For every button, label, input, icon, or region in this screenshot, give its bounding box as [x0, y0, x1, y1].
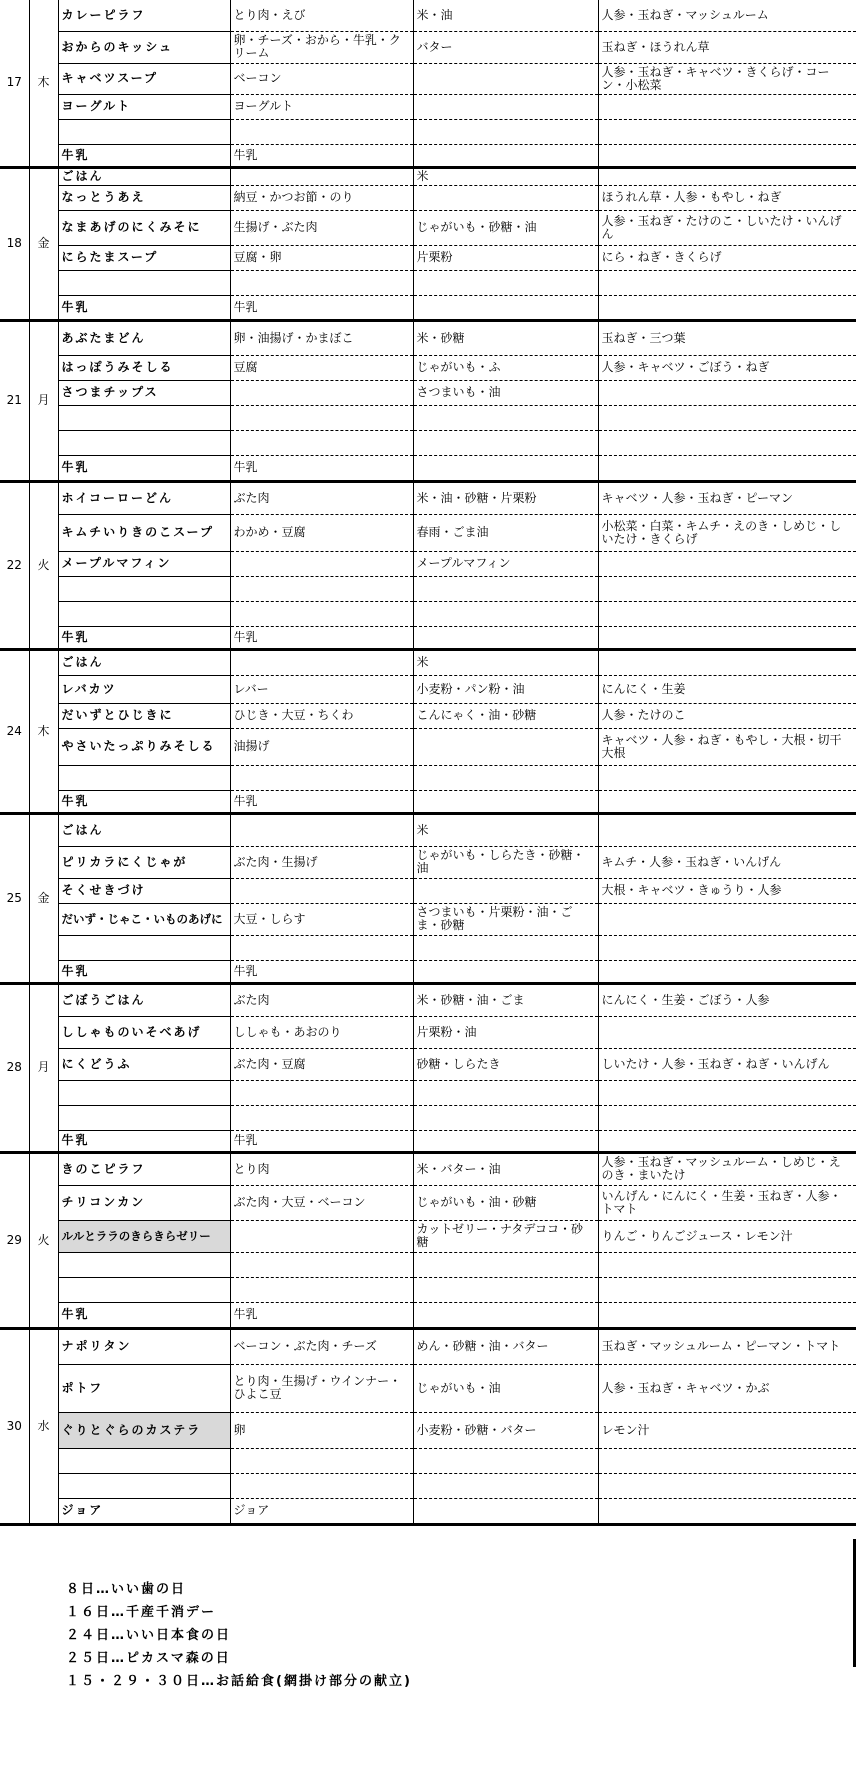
green-group-ingredients-cell: 玉ねぎ・マッシュルーム・ピーマン・トマト	[598, 1328, 856, 1364]
yellow-group-ingredients-cell	[413, 1448, 598, 1473]
green-group-ingredients-cell	[598, 455, 856, 481]
table-row: なまあげのにくみそに生揚げ・ぶた肉じゃがいも・砂糖・油人参・玉ねぎ・たけのこ・し…	[0, 210, 856, 245]
dish-name-cell: チリコンカン	[58, 1185, 230, 1220]
notes-section: ８日…いい歯の日 １６日…千産千消デー ２４日…いい日本食の日 ２５日…ピカスマ…	[66, 1578, 412, 1693]
yellow-group-ingredients-cell: じゃがいも・砂糖・油	[413, 210, 598, 245]
green-group-ingredients-cell	[598, 270, 856, 295]
table-row	[0, 601, 856, 626]
green-group-ingredients-cell	[598, 1473, 856, 1498]
red-group-ingredients-cell: 牛乳	[230, 626, 413, 649]
table-row	[0, 1080, 856, 1105]
dish-name-cell: 牛乳	[58, 295, 230, 320]
green-group-ingredients-cell	[598, 1448, 856, 1473]
green-group-ingredients-cell: 小松菜・白菜・キムチ・えのき・しめじ・しいたけ・きくらげ	[598, 514, 856, 551]
red-group-ingredients-cell	[230, 1252, 413, 1277]
table-row: ししゃものいそべあげししゃも・あおのり片栗粉・油	[0, 1016, 856, 1048]
green-group-ingredients-cell	[598, 601, 856, 626]
red-group-ingredients-cell	[230, 878, 413, 903]
dish-name-cell	[58, 1105, 230, 1130]
day-block-18: 18金ごはん米なっとうあえ納豆・かつお節・のりほうれん草・人参・もやし・ねぎなま…	[0, 167, 856, 320]
red-group-ingredients-cell: ぶた肉・大豆・ベーコン	[230, 1185, 413, 1220]
weekday-cell: 金	[29, 813, 58, 983]
table-row	[0, 1473, 856, 1498]
dish-name-cell: きのこピラフ	[58, 1152, 230, 1185]
dish-name-cell: にくどうふ	[58, 1048, 230, 1080]
green-group-ingredients-cell: キムチ・人参・玉ねぎ・いんげん	[598, 846, 856, 878]
yellow-group-ingredients-cell: 片栗粉	[413, 245, 598, 270]
dish-name-cell	[58, 601, 230, 626]
green-group-ingredients-cell	[598, 167, 856, 185]
table-row: おからのキッシュ卵・チーズ・おから・牛乳・クリームバター玉ねぎ・ほうれん草	[0, 31, 856, 63]
day-block-17: 17木カレーピラフとり肉・えび米・油人参・玉ねぎ・マッシュルームおからのキッシュ…	[0, 0, 856, 167]
weekday-cell: 月	[29, 983, 58, 1152]
green-group-ingredients-cell: にんにく・生姜・ごぼう・人参	[598, 983, 856, 1016]
red-group-ingredients-cell: 大豆・しらす	[230, 903, 413, 935]
yellow-group-ingredients-cell: さつまいも・片栗粉・油・ごま・砂糖	[413, 903, 598, 935]
table-row: 17木カレーピラフとり肉・えび米・油人参・玉ねぎ・マッシュルーム	[0, 0, 856, 31]
dish-name-cell: さつまチップス	[58, 380, 230, 405]
red-group-ingredients-cell	[230, 1105, 413, 1130]
note-line: ２４日…いい日本食の日	[66, 1624, 412, 1647]
table-row: 22火ホイコーローどんぶた肉米・油・砂糖・片栗粉キャベツ・人参・玉ねぎ・ピーマン	[0, 481, 856, 514]
dish-name-cell	[58, 430, 230, 455]
yellow-group-ingredients-cell	[413, 1080, 598, 1105]
red-group-ingredients-cell	[230, 601, 413, 626]
yellow-group-ingredients-cell: さつまいも・油	[413, 380, 598, 405]
green-group-ingredients-cell	[598, 813, 856, 846]
day-block-21: 21月あぶたまどん卵・油揚げ・かまぼこ米・砂糖玉ねぎ・三つ葉はっぽうみそしる豆腐…	[0, 320, 856, 481]
date-cell: 30	[0, 1328, 29, 1524]
yellow-group-ingredients-cell	[413, 1302, 598, 1328]
table-row: キャベツスープベーコン人参・玉ねぎ・キャベツ・きくらげ・コーン・小松菜	[0, 63, 856, 94]
table-row	[0, 119, 856, 144]
yellow-group-ingredients-cell	[413, 878, 598, 903]
red-group-ingredients-cell: 牛乳	[230, 960, 413, 983]
yellow-group-ingredients-cell: 片栗粉・油	[413, 1016, 598, 1048]
table-row: 牛乳牛乳	[0, 1130, 856, 1152]
green-group-ingredients-cell	[598, 576, 856, 601]
green-group-ingredients-cell	[598, 1498, 856, 1524]
green-group-ingredients-cell: ほうれん草・人参・もやし・ねぎ	[598, 185, 856, 210]
menu-table: 17木カレーピラフとり肉・えび米・油人参・玉ねぎ・マッシュルームおからのキッシュ…	[0, 0, 856, 1526]
table-row: 29火きのこピラフとり肉米・バター・油人参・玉ねぎ・マッシュルーム・しめじ・えの…	[0, 1152, 856, 1185]
green-group-ingredients-cell	[598, 765, 856, 790]
yellow-group-ingredients-cell	[413, 270, 598, 295]
red-group-ingredients-cell: 牛乳	[230, 455, 413, 481]
red-group-ingredients-cell	[230, 551, 413, 576]
red-group-ingredients-cell	[230, 576, 413, 601]
dish-name-cell	[58, 1448, 230, 1473]
yellow-group-ingredients-cell: 小麦粉・砂糖・バター	[413, 1412, 598, 1448]
yellow-group-ingredients-cell: 小麦粉・パン粉・油	[413, 675, 598, 703]
red-group-ingredients-cell	[230, 1277, 413, 1302]
green-group-ingredients-cell	[598, 1105, 856, 1130]
green-group-ingredients-cell: 玉ねぎ・ほうれん草	[598, 31, 856, 63]
red-group-ingredients-cell: ひじき・大豆・ちくわ	[230, 703, 413, 728]
dish-name-cell: 牛乳	[58, 455, 230, 481]
red-group-ingredients-cell: とり肉・生揚げ・ウインナー・ひよこ豆	[230, 1364, 413, 1412]
green-group-ingredients-cell	[598, 380, 856, 405]
yellow-group-ingredients-cell	[413, 601, 598, 626]
table-row: チリコンカンぶた肉・大豆・ベーコンじゃがいも・油・砂糖いんげん・にんにく・生姜・…	[0, 1185, 856, 1220]
yellow-group-ingredients-cell	[413, 960, 598, 983]
red-group-ingredients-cell	[230, 1220, 413, 1252]
note-line: １６日…千産千消デー	[66, 1601, 412, 1624]
table-row	[0, 765, 856, 790]
dish-name-cell	[58, 119, 230, 144]
green-group-ingredients-cell	[598, 1302, 856, 1328]
day-block-30: 30水ナポリタンベーコン・ぶた肉・チーズめん・砂糖・油・バター玉ねぎ・マッシュル…	[0, 1328, 856, 1524]
green-group-ingredients-cell	[598, 1130, 856, 1152]
yellow-group-ingredients-cell	[413, 626, 598, 649]
dish-name-cell: なっとうあえ	[58, 185, 230, 210]
dish-name-cell: あぶたまどん	[58, 320, 230, 355]
green-group-ingredients-cell: 人参・玉ねぎ・マッシュルーム・しめじ・えのき・まいたけ	[598, 1152, 856, 1185]
table-row	[0, 935, 856, 960]
yellow-group-ingredients-cell: メープルマフィン	[413, 551, 598, 576]
table-row: 牛乳牛乳	[0, 295, 856, 320]
dish-name-cell: カレーピラフ	[58, 0, 230, 31]
date-cell: 29	[0, 1152, 29, 1328]
yellow-group-ingredients-cell	[413, 455, 598, 481]
green-group-ingredients-cell	[598, 1080, 856, 1105]
dish-name-cell	[58, 270, 230, 295]
red-group-ingredients-cell: ヨーグルト	[230, 94, 413, 119]
yellow-group-ingredients-cell: めん・砂糖・油・バター	[413, 1328, 598, 1364]
dish-name-cell: ジョア	[58, 1498, 230, 1524]
dish-name-cell	[58, 1277, 230, 1302]
lunch-menu-sheet: 17木カレーピラフとり肉・えび米・油人参・玉ねぎ・マッシュルームおからのキッシュ…	[0, 0, 856, 1526]
table-row	[0, 1277, 856, 1302]
table-row: やさいたっぷりみそしる油揚げキャベツ・人参・ねぎ・もやし・大根・切干大根	[0, 728, 856, 765]
red-group-ingredients-cell	[230, 1080, 413, 1105]
red-group-ingredients-cell: ししゃも・あおのり	[230, 1016, 413, 1048]
yellow-group-ingredients-cell: じゃがいも・油・砂糖	[413, 1185, 598, 1220]
dish-name-cell: ごぼうごはん	[58, 983, 230, 1016]
green-group-ingredients-cell: いんげん・にんにく・生姜・玉ねぎ・人参・トマト	[598, 1185, 856, 1220]
dish-name-cell: 牛乳	[58, 144, 230, 167]
dish-name-cell: おからのキッシュ	[58, 31, 230, 63]
table-row	[0, 430, 856, 455]
date-cell: 17	[0, 0, 29, 167]
yellow-group-ingredients-cell: 米・砂糖	[413, 320, 598, 355]
red-group-ingredients-cell	[230, 380, 413, 405]
table-row: 28月ごぼうごはんぶた肉米・砂糖・油・ごまにんにく・生姜・ごぼう・人参	[0, 983, 856, 1016]
green-group-ingredients-cell	[598, 903, 856, 935]
dish-name-cell	[58, 405, 230, 430]
dish-name-cell: ホイコーローどん	[58, 481, 230, 514]
table-row: さつまチップスさつまいも・油	[0, 380, 856, 405]
yellow-group-ingredients-cell: 春雨・ごま油	[413, 514, 598, 551]
table-row	[0, 1448, 856, 1473]
table-row: だいずとひじきにひじき・大豆・ちくわこんにゃく・油・砂糖人参・たけのこ	[0, 703, 856, 728]
dish-name-cell	[58, 935, 230, 960]
yellow-group-ingredients-cell	[413, 119, 598, 144]
green-group-ingredients-cell: キャベツ・人参・ねぎ・もやし・大根・切干大根	[598, 728, 856, 765]
green-group-ingredients-cell: 人参・玉ねぎ・マッシュルーム	[598, 0, 856, 31]
note-line: ８日…いい歯の日	[66, 1578, 412, 1601]
yellow-group-ingredients-cell	[413, 1498, 598, 1524]
yellow-group-ingredients-cell	[413, 765, 598, 790]
table-row: 21月あぶたまどん卵・油揚げ・かまぼこ米・砂糖玉ねぎ・三つ葉	[0, 320, 856, 355]
dish-name-cell: ピリカラにくじゃが	[58, 846, 230, 878]
table-row: 30水ナポリタンベーコン・ぶた肉・チーズめん・砂糖・油・バター玉ねぎ・マッシュル…	[0, 1328, 856, 1364]
red-group-ingredients-cell: ぶた肉・生揚げ	[230, 846, 413, 878]
green-group-ingredients-cell	[598, 144, 856, 167]
green-group-ingredients-cell: 人参・玉ねぎ・キャベツ・きくらげ・コーン・小松菜	[598, 63, 856, 94]
red-group-ingredients-cell: 牛乳	[230, 1302, 413, 1328]
table-row: 牛乳牛乳	[0, 144, 856, 167]
table-row: なっとうあえ納豆・かつお節・のりほうれん草・人参・もやし・ねぎ	[0, 185, 856, 210]
red-group-ingredients-cell	[230, 1448, 413, 1473]
dish-name-cell: そくせきづけ	[58, 878, 230, 903]
table-row: ぐりとぐらのカステラ卵小麦粉・砂糖・バターレモン汁	[0, 1412, 856, 1448]
green-group-ingredients-cell: キャベツ・人参・玉ねぎ・ピーマン	[598, 481, 856, 514]
red-group-ingredients-cell: ぶた肉	[230, 481, 413, 514]
yellow-group-ingredients-cell: 米	[413, 813, 598, 846]
weekday-cell: 水	[29, 1328, 58, 1524]
green-group-ingredients-cell	[598, 790, 856, 813]
dish-name-cell: レバカツ	[58, 675, 230, 703]
table-row: 牛乳牛乳	[0, 1302, 856, 1328]
dish-name-cell: 牛乳	[58, 1302, 230, 1328]
dish-name-cell: ごはん	[58, 167, 230, 185]
yellow-group-ingredients-cell	[413, 576, 598, 601]
date-cell: 24	[0, 649, 29, 813]
weekday-cell: 火	[29, 1152, 58, 1328]
dish-name-cell	[58, 576, 230, 601]
yellow-group-ingredients-cell	[413, 790, 598, 813]
red-group-ingredients-cell: ベーコン	[230, 63, 413, 94]
yellow-group-ingredients-cell	[413, 94, 598, 119]
red-group-ingredients-cell: ベーコン・ぶた肉・チーズ	[230, 1328, 413, 1364]
table-row: 25金ごはん米	[0, 813, 856, 846]
table-row: 18金ごはん米	[0, 167, 856, 185]
dish-name-cell	[58, 1473, 230, 1498]
red-group-ingredients-cell: 納豆・かつお節・のり	[230, 185, 413, 210]
table-row	[0, 576, 856, 601]
red-group-ingredients-cell: 生揚げ・ぶた肉	[230, 210, 413, 245]
green-group-ingredients-cell: 大根・キャベツ・きゅうり・人参	[598, 878, 856, 903]
note-line: ２５日…ピカスマ森の日	[66, 1647, 412, 1670]
red-group-ingredients-cell: ジョア	[230, 1498, 413, 1524]
red-group-ingredients-cell: 牛乳	[230, 144, 413, 167]
date-cell: 25	[0, 813, 29, 983]
red-group-ingredients-cell: レバー	[230, 675, 413, 703]
table-row: ヨーグルトヨーグルト	[0, 94, 856, 119]
table-row: 牛乳牛乳	[0, 960, 856, 983]
dish-name-cell: ヨーグルト	[58, 94, 230, 119]
dish-name-cell: ごはん	[58, 649, 230, 675]
red-group-ingredients-cell	[230, 270, 413, 295]
yellow-group-ingredients-cell: こんにゃく・油・砂糖	[413, 703, 598, 728]
table-row	[0, 1105, 856, 1130]
red-group-ingredients-cell: 豆腐	[230, 355, 413, 380]
table-row: メープルマフィンメープルマフィン	[0, 551, 856, 576]
date-cell: 21	[0, 320, 29, 481]
green-group-ingredients-cell	[598, 1252, 856, 1277]
weekday-cell: 木	[29, 649, 58, 813]
dish-name-cell: 牛乳	[58, 960, 230, 983]
yellow-group-ingredients-cell: 米	[413, 167, 598, 185]
red-group-ingredients-cell	[230, 405, 413, 430]
green-group-ingredients-cell	[598, 405, 856, 430]
green-group-ingredients-cell	[598, 935, 856, 960]
table-row	[0, 270, 856, 295]
red-group-ingredients-cell: 豆腐・卵	[230, 245, 413, 270]
yellow-group-ingredients-cell	[413, 728, 598, 765]
table-row: 牛乳牛乳	[0, 790, 856, 813]
red-group-ingredients-cell: 牛乳	[230, 1130, 413, 1152]
table-row: はっぽうみそしる豆腐じゃがいも・ふ人参・キャベツ・ごぼう・ねぎ	[0, 355, 856, 380]
table-row: にくどうふぶた肉・豆腐砂糖・しらたきしいたけ・人参・玉ねぎ・ねぎ・いんげん	[0, 1048, 856, 1080]
green-group-ingredients-cell: しいたけ・人参・玉ねぎ・ねぎ・いんげん	[598, 1048, 856, 1080]
table-row: ピリカラにくじゃがぶた肉・生揚げじゃがいも・しらたき・砂糖・油キムチ・人参・玉ね…	[0, 846, 856, 878]
green-group-ingredients-cell	[598, 649, 856, 675]
dish-name-cell: やさいたっぷりみそしる	[58, 728, 230, 765]
dish-name-cell	[58, 765, 230, 790]
green-group-ingredients-cell	[598, 119, 856, 144]
green-group-ingredients-cell: 人参・キャベツ・ごぼう・ねぎ	[598, 355, 856, 380]
red-group-ingredients-cell: とり肉	[230, 1152, 413, 1185]
green-group-ingredients-cell: 人参・玉ねぎ・キャベツ・かぶ	[598, 1364, 856, 1412]
red-group-ingredients-cell	[230, 430, 413, 455]
red-group-ingredients-cell	[230, 1473, 413, 1498]
yellow-group-ingredients-cell	[413, 144, 598, 167]
day-block-24: 24木ごはん米レバカツレバー小麦粉・パン粉・油にんにく・生姜だいずとひじきにひじ…	[0, 649, 856, 813]
yellow-group-ingredients-cell	[413, 1105, 598, 1130]
dish-name-cell: ポトフ	[58, 1364, 230, 1412]
green-group-ingredients-cell	[598, 295, 856, 320]
dish-name-cell: だいず・じゃこ・いものあげに	[58, 903, 230, 935]
red-group-ingredients-cell: 牛乳	[230, 295, 413, 320]
red-group-ingredients-cell: わかめ・豆腐	[230, 514, 413, 551]
red-group-ingredients-cell: ぶた肉・豆腐	[230, 1048, 413, 1080]
red-group-ingredients-cell	[230, 813, 413, 846]
green-group-ingredients-cell: レモン汁	[598, 1412, 856, 1448]
green-group-ingredients-cell	[598, 551, 856, 576]
day-block-28: 28月ごぼうごはんぶた肉米・砂糖・油・ごまにんにく・生姜・ごぼう・人参ししゃもの…	[0, 983, 856, 1152]
dish-name-cell: 牛乳	[58, 626, 230, 649]
green-group-ingredients-cell: 人参・玉ねぎ・たけのこ・しいたけ・いんげん	[598, 210, 856, 245]
green-group-ingredients-cell	[598, 626, 856, 649]
day-block-22: 22火ホイコーローどんぶた肉米・油・砂糖・片栗粉キャベツ・人参・玉ねぎ・ピーマン…	[0, 481, 856, 649]
table-row: ポトフとり肉・生揚げ・ウインナー・ひよこ豆じゃがいも・油人参・玉ねぎ・キャベツ・…	[0, 1364, 856, 1412]
red-group-ingredients-cell: 油揚げ	[230, 728, 413, 765]
dish-name-cell: ごはん	[58, 813, 230, 846]
dish-name-cell: 牛乳	[58, 1130, 230, 1152]
yellow-group-ingredients-cell: じゃがいも・油	[413, 1364, 598, 1412]
dish-name-cell: キムチいりきのこスープ	[58, 514, 230, 551]
table-row: ルルとララのきらきらゼリーカットゼリー・ナタデココ・砂糖りんご・りんごジュース・…	[0, 1220, 856, 1252]
yellow-group-ingredients-cell	[413, 430, 598, 455]
dish-name-cell: だいずとひじきに	[58, 703, 230, 728]
green-group-ingredients-cell: 玉ねぎ・三つ葉	[598, 320, 856, 355]
table-row: レバカツレバー小麦粉・パン粉・油にんにく・生姜	[0, 675, 856, 703]
dish-name-cell	[58, 1252, 230, 1277]
note-line: １５・２９・３０日…お話給食(網掛け部分の献立)	[66, 1670, 412, 1693]
table-row	[0, 405, 856, 430]
yellow-group-ingredients-cell: じゃがいも・ふ	[413, 355, 598, 380]
date-cell: 18	[0, 167, 29, 320]
yellow-group-ingredients-cell	[413, 1130, 598, 1152]
yellow-group-ingredients-cell: 米・砂糖・油・ごま	[413, 983, 598, 1016]
yellow-group-ingredients-cell: 米・バター・油	[413, 1152, 598, 1185]
table-row: キムチいりきのこスープわかめ・豆腐春雨・ごま油小松菜・白菜・キムチ・えのき・しめ…	[0, 514, 856, 551]
yellow-group-ingredients-cell	[413, 185, 598, 210]
yellow-group-ingredients-cell: バター	[413, 31, 598, 63]
day-block-25: 25金ごはん米ピリカラにくじゃがぶた肉・生揚げじゃがいも・しらたき・砂糖・油キム…	[0, 813, 856, 983]
yellow-group-ingredients-cell: 米・油・砂糖・片栗粉	[413, 481, 598, 514]
yellow-group-ingredients-cell	[413, 405, 598, 430]
red-group-ingredients-cell: 卵・チーズ・おから・牛乳・クリーム	[230, 31, 413, 63]
red-group-ingredients-cell	[230, 935, 413, 960]
date-cell: 22	[0, 481, 29, 649]
yellow-group-ingredients-cell	[413, 1277, 598, 1302]
red-group-ingredients-cell: 牛乳	[230, 790, 413, 813]
dish-name-cell: メープルマフィン	[58, 551, 230, 576]
dish-name-cell: ルルとララのきらきらゼリー	[58, 1220, 230, 1252]
green-group-ingredients-cell: りんご・りんごジュース・レモン汁	[598, 1220, 856, 1252]
weekday-cell: 月	[29, 320, 58, 481]
yellow-group-ingredients-cell	[413, 1252, 598, 1277]
yellow-group-ingredients-cell	[413, 63, 598, 94]
red-group-ingredients-cell	[230, 167, 413, 185]
yellow-group-ingredients-cell	[413, 935, 598, 960]
weekday-cell: 火	[29, 481, 58, 649]
yellow-group-ingredients-cell	[413, 1473, 598, 1498]
red-group-ingredients-cell: ぶた肉	[230, 983, 413, 1016]
red-group-ingredients-cell: 卵・油揚げ・かまぼこ	[230, 320, 413, 355]
day-block-29: 29火きのこピラフとり肉米・バター・油人参・玉ねぎ・マッシュルーム・しめじ・えの…	[0, 1152, 856, 1328]
table-row: ジョアジョア	[0, 1498, 856, 1524]
table-row: にらたまスープ豆腐・卵片栗粉にら・ねぎ・きくらげ	[0, 245, 856, 270]
red-group-ingredients-cell	[230, 119, 413, 144]
green-group-ingredients-cell: 人参・たけのこ	[598, 703, 856, 728]
dish-name-cell: はっぽうみそしる	[58, 355, 230, 380]
green-group-ingredients-cell	[598, 94, 856, 119]
dish-name-cell: なまあげのにくみそに	[58, 210, 230, 245]
yellow-group-ingredients-cell	[413, 295, 598, 320]
yellow-group-ingredients-cell: 砂糖・しらたき	[413, 1048, 598, 1080]
table-row: そくせきづけ大根・キャベツ・きゅうり・人参	[0, 878, 856, 903]
dish-name-cell: にらたまスープ	[58, 245, 230, 270]
table-row: 24木ごはん米	[0, 649, 856, 675]
red-group-ingredients-cell	[230, 765, 413, 790]
dish-name-cell: キャベツスープ	[58, 63, 230, 94]
weekday-cell: 木	[29, 0, 58, 167]
yellow-group-ingredients-cell: じゃがいも・しらたき・砂糖・油	[413, 846, 598, 878]
green-group-ingredients-cell	[598, 430, 856, 455]
weekday-cell: 金	[29, 167, 58, 320]
table-row: 牛乳牛乳	[0, 455, 856, 481]
dish-name-cell: ぐりとぐらのカステラ	[58, 1412, 230, 1448]
green-group-ingredients-cell: にんにく・生姜	[598, 675, 856, 703]
red-group-ingredients-cell: 卵	[230, 1412, 413, 1448]
table-row: だいず・じゃこ・いものあげに大豆・しらすさつまいも・片栗粉・油・ごま・砂糖	[0, 903, 856, 935]
dish-name-cell: ししゃものいそべあげ	[58, 1016, 230, 1048]
dish-name-cell: ナポリタン	[58, 1328, 230, 1364]
yellow-group-ingredients-cell: 米	[413, 649, 598, 675]
yellow-group-ingredients-cell: 米・油	[413, 0, 598, 31]
dish-name-cell: 牛乳	[58, 790, 230, 813]
date-cell: 28	[0, 983, 29, 1152]
green-group-ingredients-cell: にら・ねぎ・きくらげ	[598, 245, 856, 270]
yellow-group-ingredients-cell: カットゼリー・ナタデココ・砂糖	[413, 1220, 598, 1252]
green-group-ingredients-cell	[598, 960, 856, 983]
red-group-ingredients-cell: とり肉・えび	[230, 0, 413, 31]
red-group-ingredients-cell	[230, 649, 413, 675]
